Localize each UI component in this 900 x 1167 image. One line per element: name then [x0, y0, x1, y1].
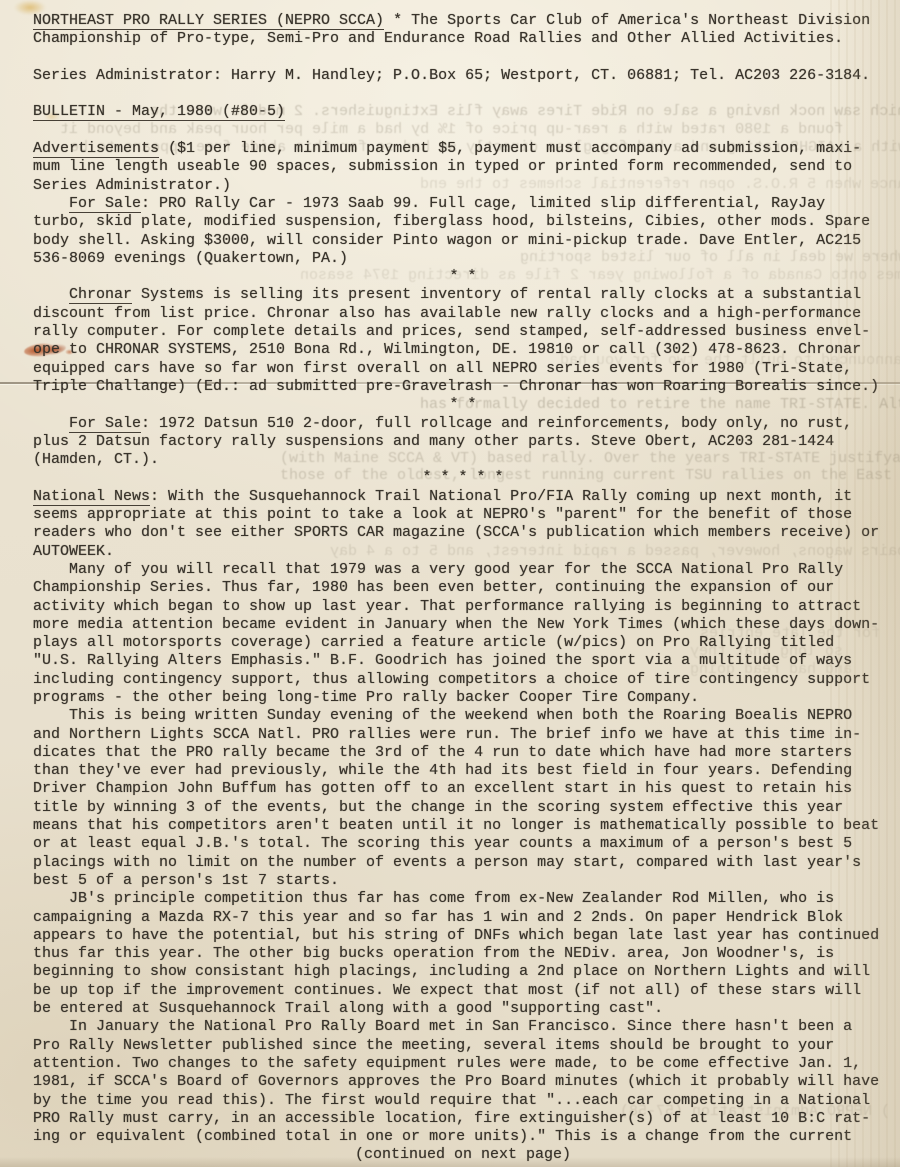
doc-line: plus 2 Datsun factory rally suspensions … [33, 433, 893, 451]
bulletin-heading: BULLETIN - May, 1980 (#80-5) [33, 103, 893, 121]
asterisk-separator: * * * * * [33, 469, 893, 487]
text-segment: title by winning 3 of the events, but th… [33, 799, 843, 816]
masthead-title-line: Championship of Pro-type, Semi-Pro and E… [33, 30, 893, 48]
text-segment: be up top if the improvement continues. … [33, 982, 861, 999]
text-segment: rally computer. For complete details and… [33, 323, 870, 340]
doc-line: ing or equivalent (combined total in one… [33, 1128, 893, 1146]
doc-line: by the time you read this). The first wo… [33, 1092, 893, 1110]
doc-line [33, 122, 893, 140]
doc-line: This is being written Sunday evening of … [33, 707, 893, 725]
doc-line: attention. Two changes to the safety equ… [33, 1055, 893, 1073]
doc-line: programs - the other being long-time Pro… [33, 689, 893, 707]
text-segment: * The Sports Car Club of America's North… [384, 12, 870, 29]
text-segment: by the time you read this). The first wo… [33, 1092, 870, 1109]
doc-line: or at least equal J.B.'s total. The scor… [33, 835, 893, 853]
text-segment: seems appropriate at this point to take … [33, 506, 852, 523]
text-segment: than they've ever had previously, while … [33, 762, 852, 779]
text-segment: This is being written Sunday evening of … [33, 707, 852, 724]
doc-line: and Northern Lights SCCA Natl. PRO ralli… [33, 726, 893, 744]
text-segment: more media attention became evident in J… [33, 616, 879, 633]
text-segment: Championship Series. Thus far, 1980 has … [33, 579, 834, 596]
text-segment: placings with no limit on the number of … [33, 854, 861, 871]
doc-line: In January the National Pro Rally Board … [33, 1018, 893, 1036]
text-segment: Triple Challange) (Ed.: ad submitted pre… [33, 378, 879, 395]
masthead-title-line: NORTHEAST PRO RALLY SERIES (NEPRO SCCA) … [33, 12, 893, 30]
text-segment: readers who don't see either SPORTS CAR … [33, 524, 879, 541]
doc-line: (Hamden, CT.). [33, 451, 893, 469]
text-segment: Driver Champion John Buffum has gotten o… [33, 780, 852, 797]
doc-line: equipped cars have so far won first over… [33, 360, 893, 378]
doc-line: Series Administrator.) [33, 177, 893, 195]
text-segment: : 1972 Datsun 510 2-door, full rollcage … [141, 415, 852, 432]
underlined-text: National News [33, 488, 150, 506]
typewritten-page: aome which saw nock having a sale on Rid… [0, 0, 900, 1167]
text-segment: be entered at Susquehannock Trail along … [33, 1000, 663, 1017]
doc-line: thus far this year. The other big bucks … [33, 945, 893, 963]
text-segment: turbo, skid plate, modified suspension, … [33, 213, 870, 230]
doc-line: appears to have the potential, but his s… [33, 927, 893, 945]
doc-line: Many of you will recall that 1979 was a … [33, 561, 893, 579]
doc-line: Pro Rally Newsletter published since the… [33, 1037, 893, 1055]
text-segment: JB's principle competition thus far has … [33, 890, 834, 907]
text-segment: beginning to show consistant high placin… [33, 963, 870, 980]
underlined-text: For Sale [69, 415, 141, 433]
doc-line: Driver Champion John Buffum has gotten o… [33, 780, 893, 798]
text-segment: * * [449, 396, 476, 413]
text-segment: thus far this year. The other big bucks … [33, 945, 834, 962]
doc-line: ope to CHRONAR SYSTEMS, 2510 Bona Rd., W… [33, 341, 893, 359]
text-segment: programs - the other being long-time Pro… [33, 689, 699, 706]
ad-saab-for-sale: For Sale: PRO Rally Car - 1973 Saab 99. … [33, 195, 893, 213]
text-segment: dicates that the PRO rally became the 3r… [33, 744, 852, 761]
doc-line: "U.S. Rallying Alters Emphasis." B.F. Go… [33, 652, 893, 670]
national-news-heading-line: National News: With the Susquehannock Tr… [33, 488, 893, 506]
text-segment [33, 415, 69, 432]
asterisk-separator: * * [33, 268, 893, 286]
doc-line: Championship Series. Thus far, 1980 has … [33, 579, 893, 597]
doc-line: including contingency support, thus allo… [33, 671, 893, 689]
continued-footer: (continued on next page) [33, 1146, 893, 1164]
doc-line: activity which began to show up last yea… [33, 598, 893, 616]
text-segment: : With the Susquehannock Trail National … [150, 488, 852, 505]
ad-chronar: Chronar Systems is selling its present i… [33, 286, 893, 304]
doc-line: campaigning a Mazda RX-7 this year and s… [33, 909, 893, 927]
text-segment: campaigning a Mazda RX-7 this year and s… [33, 909, 843, 926]
document-text: NORTHEAST PRO RALLY SERIES (NEPRO SCCA) … [33, 12, 893, 1165]
doc-line: than they've ever had previously, while … [33, 762, 893, 780]
text-segment: * * [449, 268, 476, 285]
text-segment: In January the National Pro Rally Board … [33, 1018, 852, 1035]
doc-line: rally computer. For complete details and… [33, 323, 893, 341]
text-segment: or at least equal J.B.'s total. The scor… [33, 835, 852, 852]
doc-line: discount from list price. Chronar also h… [33, 305, 893, 323]
text-segment [33, 195, 69, 212]
advertisements-heading-line: Advertisements ($1 per line, minimum pay… [33, 140, 893, 158]
text-segment: Series Administrator: Harry M. Handley; … [33, 67, 870, 84]
underlined-text: Advertisements [33, 140, 159, 158]
text-segment: Many of you will recall that 1979 was a … [33, 561, 843, 578]
text-segment: (Hamden, CT.). [33, 451, 159, 468]
doc-line: JB's principle competition thus far has … [33, 890, 893, 908]
text-segment: * * * * * [422, 469, 503, 486]
text-segment: discount from list price. Chronar also h… [33, 305, 861, 322]
text-segment: including contingency support, thus allo… [33, 671, 870, 688]
text-segment: Systems is selling its present inventory… [132, 286, 861, 303]
doc-line: title by winning 3 of the events, but th… [33, 799, 893, 817]
underlined-text: For Sale [69, 195, 141, 213]
text-segment [33, 286, 69, 303]
doc-line: body shell. Asking $3000, will consider … [33, 232, 893, 250]
text-segment: appears to have the potential, but his s… [33, 927, 879, 944]
doc-line: readers who don't see either SPORTS CAR … [33, 524, 893, 542]
text-segment: body shell. Asking $3000, will consider … [33, 232, 861, 249]
underlined-text: NORTHEAST PRO RALLY SERIES (NEPRO SCCA) [33, 12, 384, 30]
doc-line: 1981, if SCCA's Board of Governors appro… [33, 1073, 893, 1091]
doc-line: be up top if the improvement continues. … [33, 982, 893, 1000]
doc-line: PRO Rally must carry, in an accessible l… [33, 1110, 893, 1128]
underlined-text: Chronar [69, 286, 132, 304]
text-segment: best 5 of a person's 1st 7 starts. [33, 872, 339, 889]
doc-line: 536-8069 evenings (Quakertown, PA.) [33, 250, 893, 268]
text-segment: plays all motorsports coverage) carried … [33, 634, 834, 651]
ad-datsun-for-sale: For Sale: 1972 Datsun 510 2-door, full r… [33, 415, 893, 433]
text-segment: 536-8069 evenings (Quakertown, PA.) [33, 250, 348, 267]
text-segment: PRO Rally must carry, in an accessible l… [33, 1110, 870, 1127]
text-segment: attention. Two changes to the safety equ… [33, 1055, 861, 1072]
doc-line: best 5 of a person's 1st 7 starts. [33, 872, 893, 890]
doc-line: be entered at Susquehannock Trail along … [33, 1000, 893, 1018]
text-segment: : PRO Rally Car - 1973 Saab 99. Full cag… [141, 195, 825, 212]
doc-line: means that his competitors aren't beaten… [33, 817, 893, 835]
doc-line: seems appropriate at this point to take … [33, 506, 893, 524]
doc-line: placings with no limit on the number of … [33, 854, 893, 872]
text-segment: ope to CHRONAR SYSTEMS, 2510 Bona Rd., W… [33, 341, 861, 358]
text-segment: ($1 per line, minimum payment $5, paymen… [159, 140, 861, 157]
text-segment: AUTOWEEK. [33, 543, 114, 560]
doc-line: mum line length useable 90 spaces, submi… [33, 158, 893, 176]
doc-line: beginning to show consistant high placin… [33, 963, 893, 981]
doc-line [33, 49, 893, 67]
doc-line: dicates that the PRO rally became the 3r… [33, 744, 893, 762]
doc-line: Triple Challange) (Ed.: ad submitted pre… [33, 378, 893, 396]
series-administrator-line: Series Administrator: Harry M. Handley; … [33, 67, 893, 85]
doc-line: AUTOWEEK. [33, 543, 893, 561]
text-segment: (continued on next page) [355, 1146, 571, 1163]
doc-line: more media attention became evident in J… [33, 616, 893, 634]
asterisk-separator: * * [33, 396, 893, 414]
underlined-text: BULLETIN - May, 1980 (#80-5) [33, 103, 285, 121]
text-segment: Pro Rally Newsletter published since the… [33, 1037, 834, 1054]
text-segment: "U.S. Rallying Alters Emphasis." B.F. Go… [33, 652, 852, 669]
text-segment: activity which began to show up last yea… [33, 598, 861, 615]
text-segment: ing or equivalent (combined total in one… [33, 1128, 852, 1145]
text-segment: mum line length useable 90 spaces, submi… [33, 158, 852, 175]
text-segment: Series Administrator.) [33, 177, 231, 194]
text-segment: 1981, if SCCA's Board of Governors appro… [33, 1073, 879, 1090]
doc-line: plays all motorsports coverage) carried … [33, 634, 893, 652]
text-segment: plus 2 Datsun factory rally suspensions … [33, 433, 834, 450]
text-segment: means that his competitors aren't beaten… [33, 817, 879, 834]
doc-line: turbo, skid plate, modified suspension, … [33, 213, 893, 231]
text-segment: equipped cars have so far won first over… [33, 360, 852, 377]
text-segment: and Northern Lights SCCA Natl. PRO ralli… [33, 726, 861, 743]
text-segment: Championship of Pro-type, Semi-Pro and E… [33, 30, 843, 47]
doc-line [33, 85, 893, 103]
